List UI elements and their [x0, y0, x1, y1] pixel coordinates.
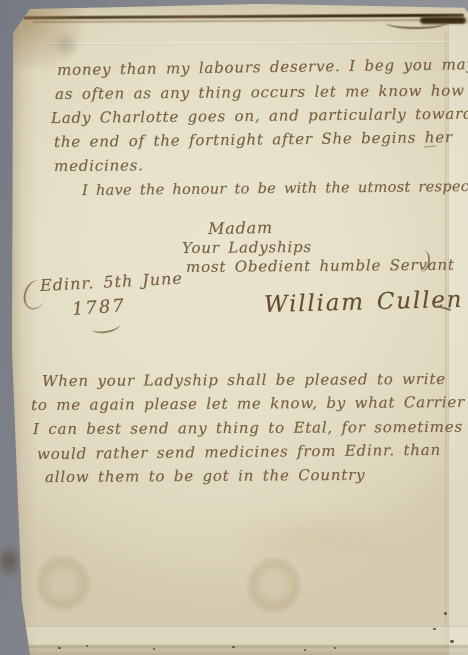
manuscript-line-ps-1: When your Ladyship shall be pleased to w…	[42, 370, 446, 390]
manuscript-line-ps-5: allow them to be got in the Country	[45, 466, 365, 486]
manuscript-line-body-1: money than my labours deserve. I beg you…	[57, 55, 468, 79]
photo-background: money than my labours deserve. I beg you…	[0, 0, 468, 655]
pen-swash-under-year	[91, 318, 121, 336]
manuscript-line-body-2: as often as any thing occurs let me know…	[55, 81, 465, 103]
manuscript-line-ladyships: Your Ladyships	[182, 238, 312, 257]
manuscript-line-ps-3: I can best send any thing to Etal, for s…	[33, 418, 468, 438]
manuscript-line-body-5: medicines.	[54, 156, 144, 175]
pen-dash-line-end	[424, 145, 436, 147]
manuscript-line-ps-2: to me again please let me know, by what …	[31, 393, 465, 414]
signature-william-cullen: William Cullen	[264, 287, 464, 318]
manuscript-line-body-4: the end of the fortnight after She begin…	[54, 128, 453, 151]
manuscript-line-ps-4: would rather send medicines from Edinr. …	[37, 441, 441, 463]
manuscript-dateline: Edinr. 5th June	[40, 269, 184, 295]
manuscript-year: 1787	[71, 295, 126, 320]
manuscript-line-body-3: Lady Charlotte goes on, and particularly…	[51, 104, 468, 127]
manuscript-text: money than my labours deserve. I beg you…	[0, 0, 468, 655]
manuscript-line-honour: I have the honour to be with the utmost …	[82, 179, 468, 199]
manuscript-line-madam: Madam	[208, 218, 273, 238]
